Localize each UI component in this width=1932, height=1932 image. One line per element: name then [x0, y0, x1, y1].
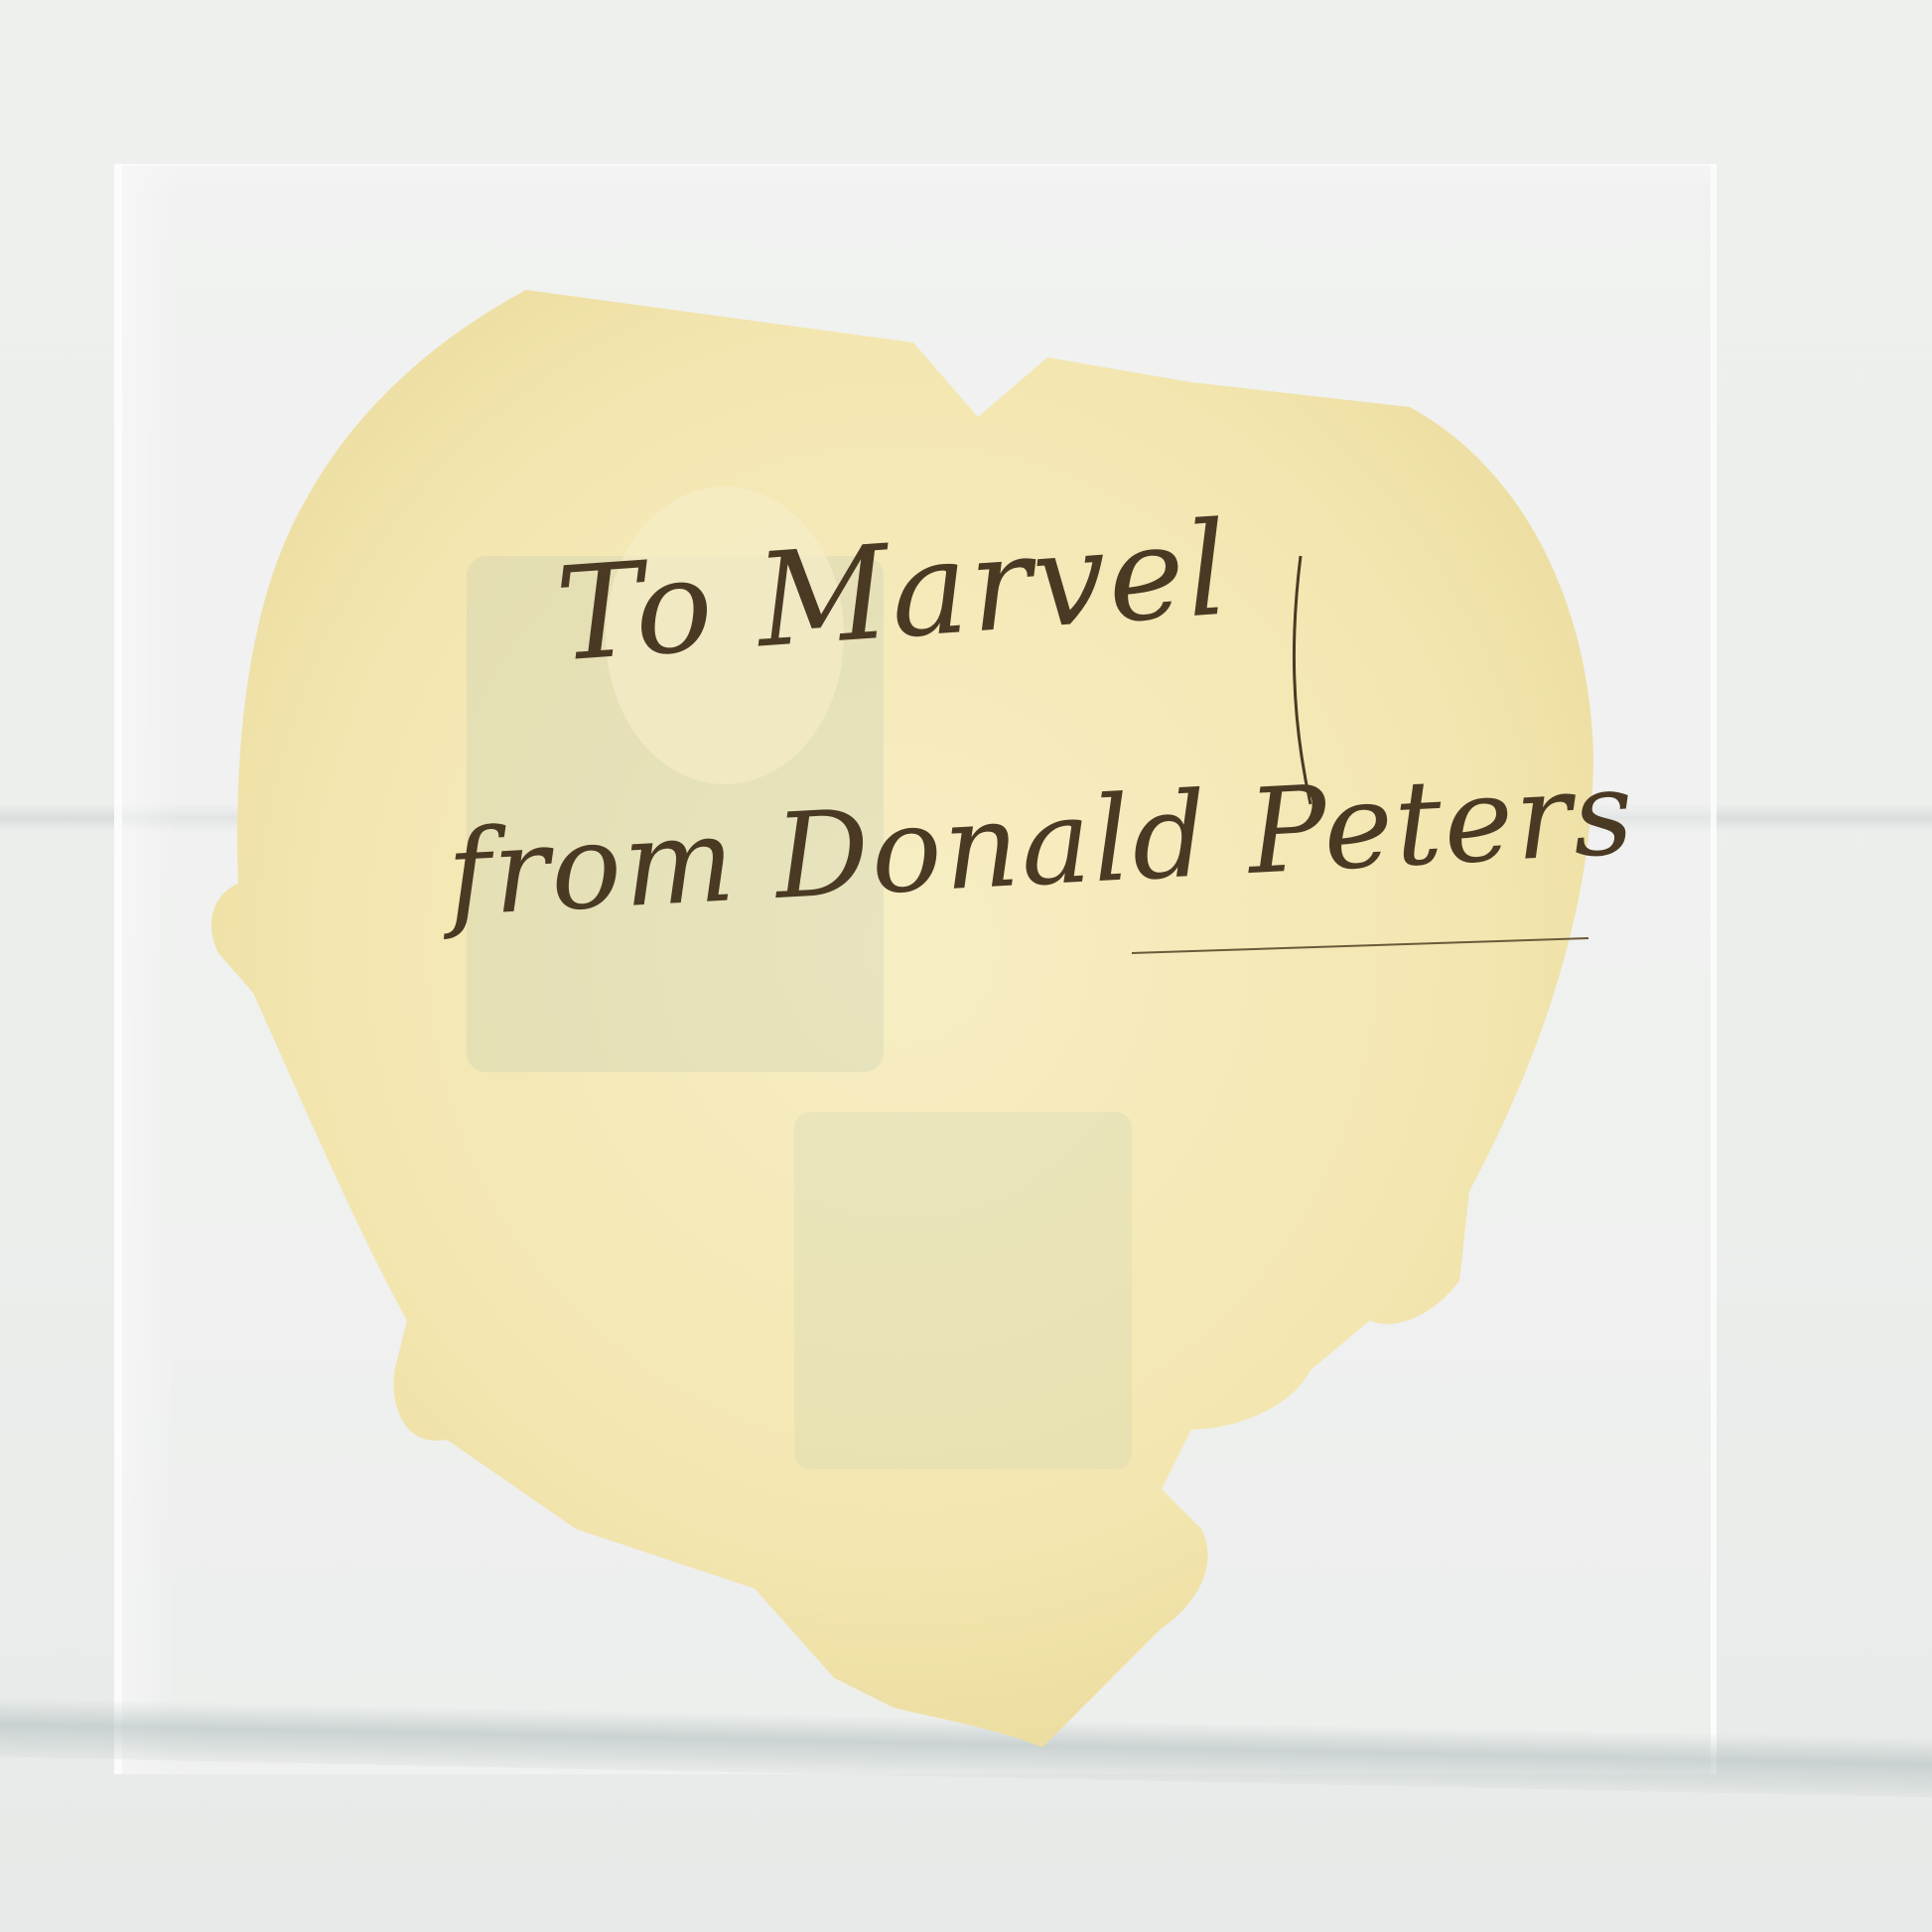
heart-shaped-paper [0, 0, 1932, 1932]
